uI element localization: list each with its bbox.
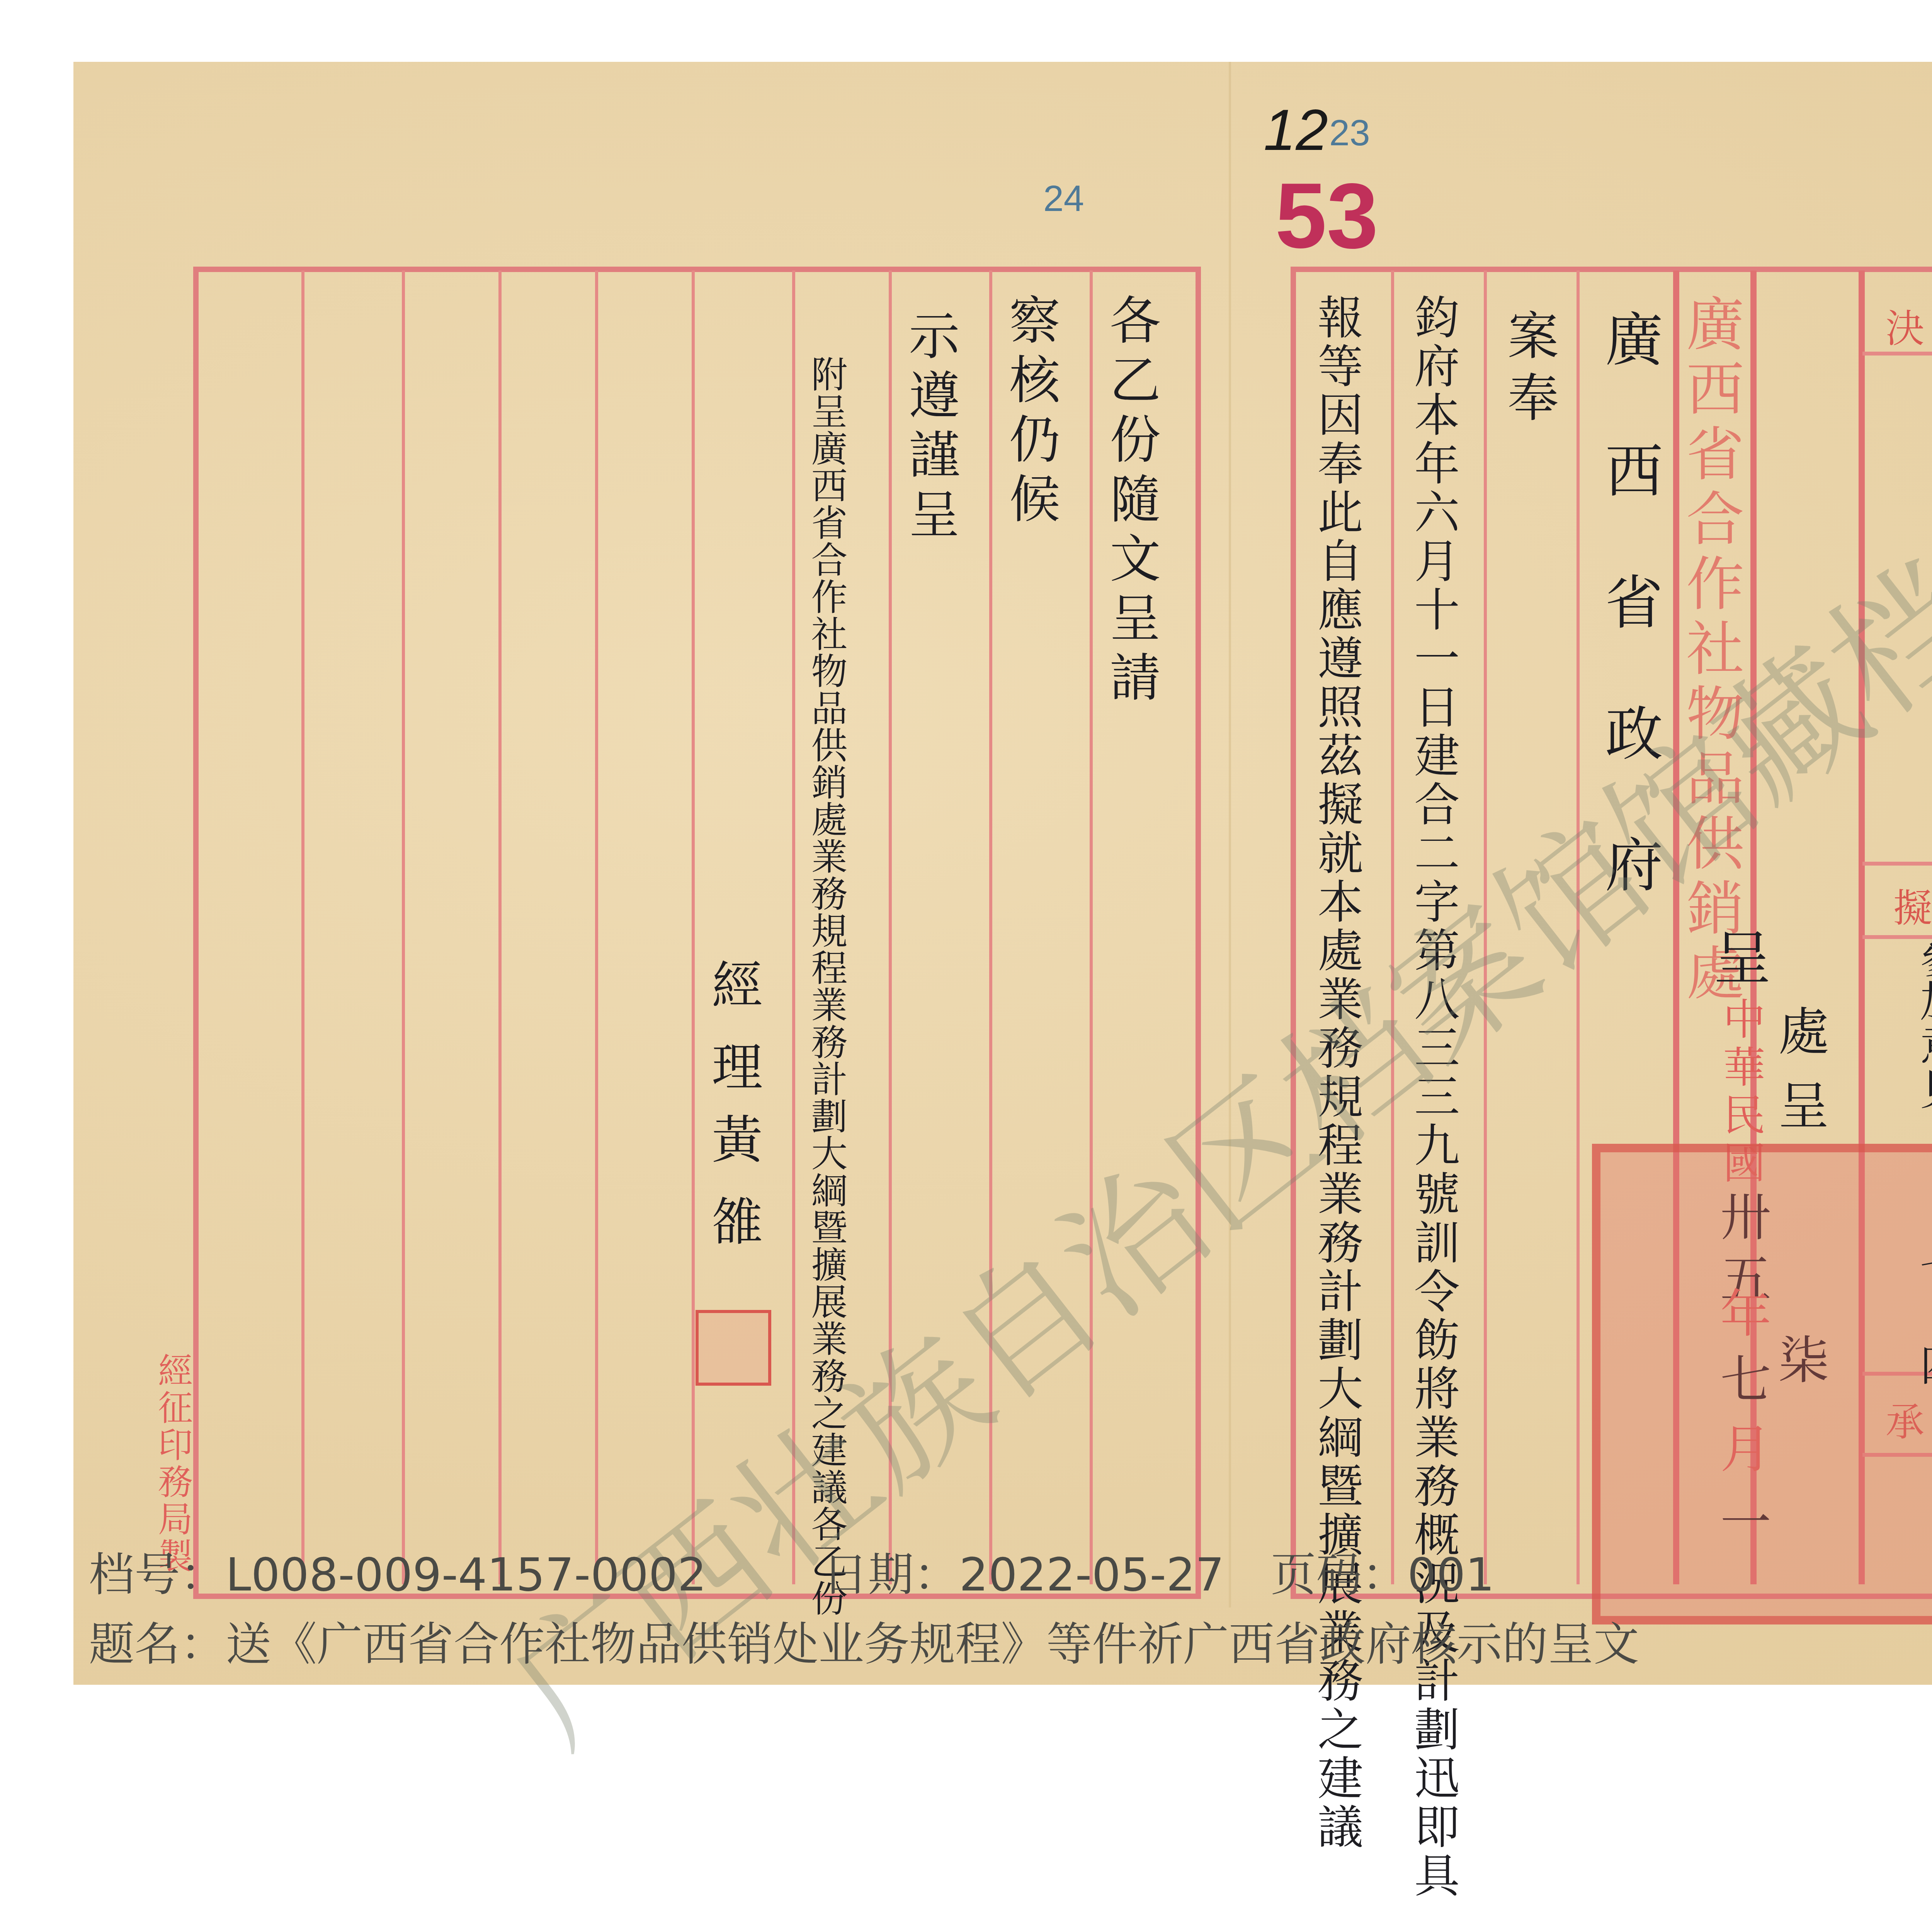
page-number-red: 53 — [1275, 162, 1378, 269]
signature-title: 經理 — [707, 958, 758, 1122]
caption-title: 送《广西省合作社物品供销处业务规程》等件祈广西省政府核示的呈文 — [226, 1618, 1639, 1671]
submit-label: 呈 — [1708, 927, 1766, 996]
proposal-header: 擬辦 — [1893, 877, 1932, 933]
signature-name: 黃雒 — [707, 1113, 758, 1277]
archive-number: L008-009-4157-0002 — [226, 1548, 707, 1601]
paper-fold — [1229, 62, 1231, 1607]
page-number-right: 23 — [1329, 112, 1370, 154]
title-label: 题名： — [89, 1618, 226, 1671]
body-column-4: 各乙份隨文呈請 — [1105, 294, 1156, 710]
page-number-left: 24 — [1043, 178, 1084, 220]
page-label: 页码： — [1270, 1548, 1407, 1601]
archive-number-label: 档号： — [89, 1548, 226, 1601]
body-column-5: 察核仍候 — [1005, 294, 1056, 532]
official-seal-stamp — [1592, 1144, 1932, 1624]
proposal-date: 七、四 — [1917, 1244, 1932, 1393]
decision-header: 決定辦法 — [1886, 298, 1932, 353]
body-column-1: 案奉 — [1503, 309, 1554, 433]
caption-line-1: 档号：L008-009-4157-0002日期：2022-05-27页码：001 — [89, 1538, 1495, 1604]
caption-date: 2022-05-27 — [959, 1548, 1225, 1601]
date-label: 日期： — [823, 1548, 959, 1601]
proposal-line-3: 參加意見 — [1917, 935, 1932, 1111]
caption-line-2: 题名：送《广西省合作社物品供销处业务规程》等件祈广西省政府核示的呈文 — [89, 1607, 1639, 1673]
body-column-6: 示遵謹呈 — [904, 309, 955, 547]
signature-seal — [696, 1310, 771, 1386]
submit-sub: 處呈 — [1774, 1005, 1825, 1153]
caption-page: 001 — [1407, 1548, 1494, 1601]
page-number-black: 12 — [1264, 97, 1328, 163]
